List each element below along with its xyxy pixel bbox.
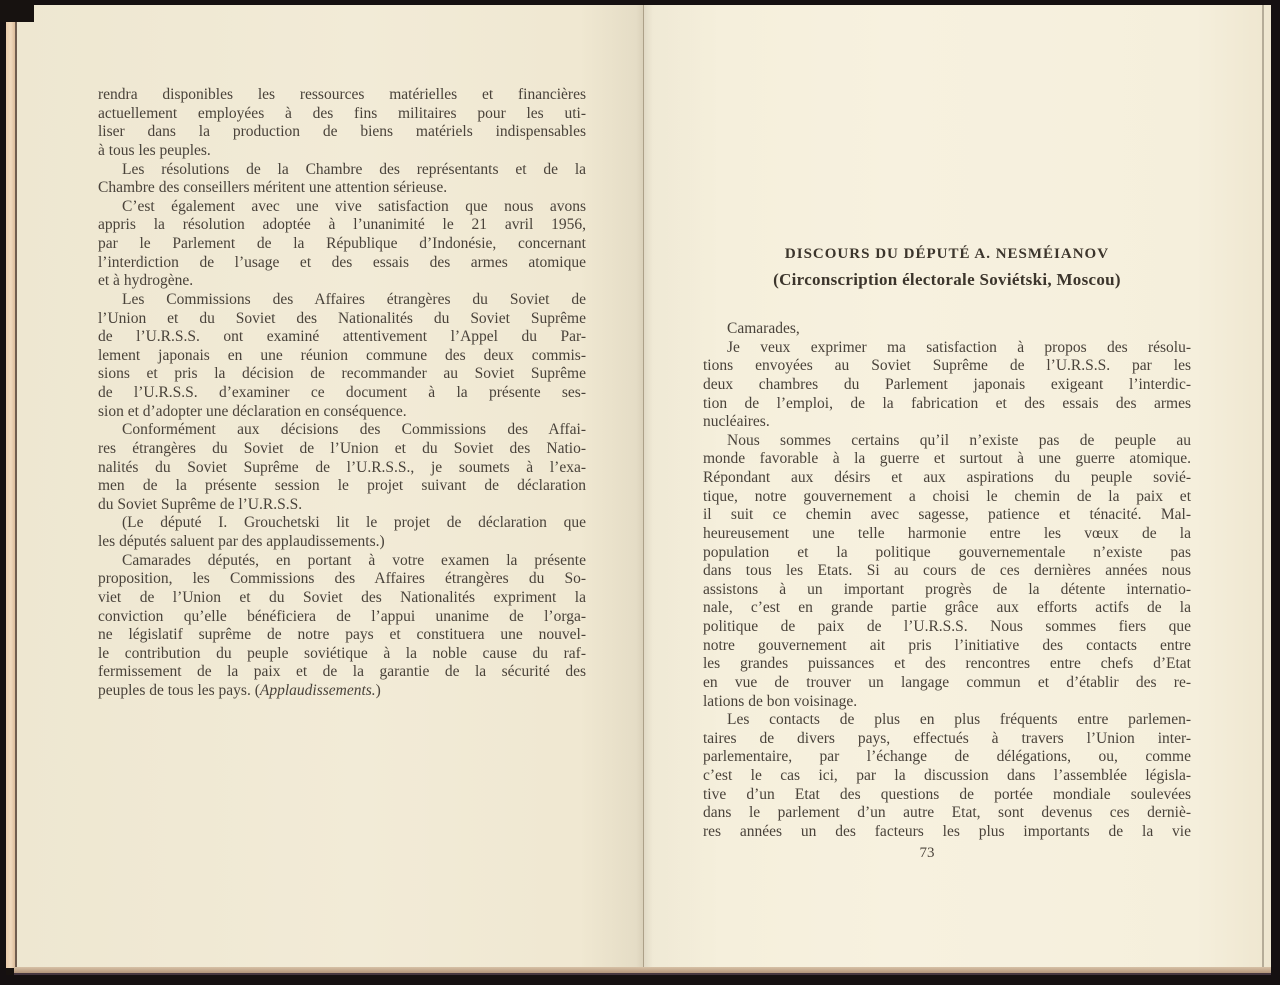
- text-line: conviction qu’elle bénéficiera de l’appu…: [98, 608, 586, 627]
- text-line: assistons à un important progrès de la d…: [703, 581, 1191, 600]
- text-line: rendra disponibles les ressources matéri…: [98, 86, 586, 105]
- speech-subtitle: (Circonscription électorale Soviétski, M…: [703, 270, 1191, 290]
- text-line: sion et d’adopter une déclaration en con…: [98, 403, 586, 422]
- text-line: ne législatif suprême de notre pays et c…: [98, 626, 586, 645]
- text-line: nalités du Soviet Suprême de l’U.R.S.S.,…: [98, 459, 586, 478]
- text-line: C’est également avec une vive satisfacti…: [98, 198, 586, 217]
- paragraph: Nous sommes certains qu’il n’existe pas …: [703, 432, 1191, 711]
- text-line: dans tous les Etats. Si au cours de ces …: [703, 562, 1191, 581]
- text-line: et à hydrogène.: [98, 272, 586, 291]
- text-line: Je veux exprimer ma satisfaction à propo…: [703, 339, 1191, 358]
- book-frame-right: [1271, 0, 1280, 985]
- speech-title: DISCOURS DU DÉPUTÉ A. NESMÉIANOV: [703, 246, 1191, 263]
- page-number: 73: [683, 845, 1171, 862]
- text-line: taires de divers pays, effectués à trave…: [703, 730, 1191, 749]
- text-line: les grandes puissances et des rencontres…: [703, 655, 1191, 674]
- text-line: tive d’un Etat des questions de portée m…: [703, 786, 1191, 805]
- paragraph: Camarades,: [703, 320, 1191, 339]
- right-page-text: Camarades,Je veux exprimer ma satisfacti…: [703, 320, 1191, 842]
- book-spread: rendra disponibles les ressources matéri…: [0, 0, 1280, 985]
- text-line: Camarades députés, en portant à votre ex…: [98, 552, 586, 571]
- text-line: Chambre des conseillers méritent une att…: [98, 179, 586, 198]
- text-line: fermissement de la paix et de la garanti…: [98, 663, 586, 682]
- text-line: actuellement employées à des fins milita…: [98, 105, 586, 124]
- text-line: Les contacts de plus en plus fréquents e…: [703, 711, 1191, 730]
- text-line: nucléaires.: [703, 413, 1191, 432]
- paragraph: Les Commissions des Affaires étrangères …: [98, 291, 586, 421]
- text-line: par le Parlement de la République d’Indo…: [98, 235, 586, 254]
- text-line: l’interdiction de l’usage et des essais …: [98, 254, 586, 273]
- paragraph: Camarades députés, en portant à votre ex…: [98, 552, 586, 701]
- paragraph: Conformément aux décisions des Commissio…: [98, 421, 586, 514]
- text-line: Répondant aux désirs et aux aspirations …: [703, 469, 1191, 488]
- text-line: c’est le cas ici, par la discussion dans…: [703, 767, 1191, 786]
- paragraph: (Le député I. Grouchetski lit le projet …: [98, 514, 586, 551]
- fore-edge-shadow-line: [15, 20, 17, 968]
- text-line: tions envoyées au Soviet Suprême de l’U.…: [703, 357, 1191, 376]
- text-line: dans le parlement d’un autre Etat, sont …: [703, 804, 1191, 823]
- book-frame-left: [0, 0, 6, 985]
- text-line: tion de l’emploi, de la fabrication et d…: [703, 395, 1191, 414]
- text-line: les députés saluent par des applaudissem…: [98, 533, 586, 552]
- text-line: en vue de trouver un langage commun et d…: [703, 674, 1191, 693]
- text-line: heureusement une telle harmonie entre le…: [703, 525, 1191, 544]
- text-line: appris la résolution adoptée à l’unanimi…: [98, 216, 586, 235]
- text-line: Les Commissions des Affaires étrangères …: [98, 291, 586, 310]
- text-line: parlementaire, par l’échange de délégati…: [703, 748, 1191, 767]
- text-line: lement japonais en une réunion commune d…: [98, 347, 586, 366]
- text-line: deux chambres du Parlement japonais exig…: [703, 376, 1191, 395]
- text-line: de l’U.R.S.S. ont examiné attentivement …: [98, 328, 586, 347]
- text-line: peuples de tous les pays. (Applaudisseme…: [98, 682, 586, 701]
- book-frame-bottom: [0, 975, 1280, 985]
- text-line: Camarades,: [703, 320, 1191, 339]
- text-line: sions et pris la décision de recommander…: [98, 365, 586, 384]
- text-line: viet de l’Union et du Soviet des Nationa…: [98, 589, 586, 608]
- text-line: liser dans la production de biens matéri…: [98, 123, 586, 142]
- text-line: à tous les peuples.: [98, 142, 586, 161]
- text-line: il suit ce chemin avec sagesse, patience…: [703, 506, 1191, 525]
- text-line: population et la politique gouvernementa…: [703, 544, 1191, 563]
- text-segment: peuples de tous les pays. (: [98, 682, 260, 699]
- text-line: Conformément aux décisions des Commissio…: [98, 421, 586, 440]
- paragraph: rendra disponibles les ressources matéri…: [98, 86, 586, 161]
- text-line: proposition, les Commissions des Affaire…: [98, 570, 586, 589]
- gutter-crease-line: [643, 5, 644, 968]
- text-segment: ): [376, 682, 381, 699]
- text-line: res années un des facteurs les plus impo…: [703, 823, 1191, 842]
- text-line: Les résolutions de la Chambre des représ…: [98, 161, 586, 180]
- text-line: res étrangères du Soviet de l’Union et d…: [98, 440, 586, 459]
- text-line: men de la présente session le projet sui…: [98, 477, 586, 496]
- left-page-text: rendra disponibles les ressources matéri…: [98, 86, 586, 701]
- paragraph: Je veux exprimer ma satisfaction à propo…: [703, 339, 1191, 432]
- page-fore-edge: [6, 20, 15, 968]
- text-line: monde favorable à la guerre et surtout à…: [703, 450, 1191, 469]
- paragraph: Les résolutions de la Chambre des représ…: [98, 161, 586, 198]
- paragraph: C’est également avec une vive satisfacti…: [98, 198, 586, 291]
- text-line: l’Union et du Soviet des Nationalités du…: [98, 310, 586, 329]
- text-line: le contribution du peuple soviétique à l…: [98, 645, 586, 664]
- text-line: lations de bon voisinage.: [703, 693, 1191, 712]
- text-line: nale, c’est en grande partie grâce aux e…: [703, 599, 1191, 618]
- text-line: notre gouvernement ait pris l’initiative…: [703, 637, 1191, 656]
- text-line: tique, notre gouvernement a choisi le ch…: [703, 488, 1191, 507]
- right-page-edge-line: [1262, 5, 1264, 968]
- text-line: de l’U.R.S.S. d’examiner ce document à l…: [98, 384, 586, 403]
- book-corner-shadow: [0, 0, 34, 22]
- text-line: Nous sommes certains qu’il n’existe pas …: [703, 432, 1191, 451]
- text-line: du Soviet Suprême de l’U.R.S.S.: [98, 496, 586, 515]
- italic-text-segment: Applaudissements.: [260, 682, 376, 699]
- book-frame-top: [0, 0, 1280, 5]
- text-line: (Le député I. Grouchetski lit le projet …: [98, 514, 586, 533]
- text-line: politique de paix de l’U.R.S.S. Nous som…: [703, 618, 1191, 637]
- paragraph: Les contacts de plus en plus fréquents e…: [703, 711, 1191, 841]
